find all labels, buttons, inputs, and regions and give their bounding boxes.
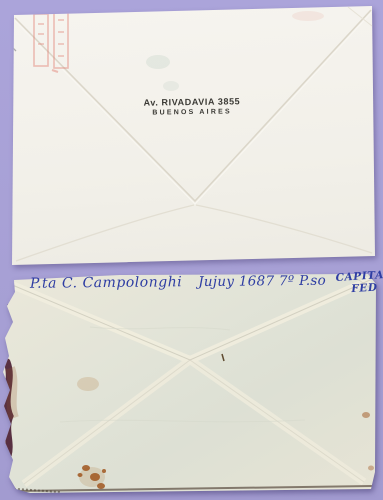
paper-tear [116,4,130,5]
paper-wrinkles [60,327,305,422]
green-smudge [163,81,179,91]
paper-tear [9,44,16,51]
paper-tear [26,5,46,8]
top-envelope-paper: Av. RIVADAVIA 3855 BUENOS AIRES [8,4,376,266]
photo-backdrop: Av. RIVADAVIA 3855 BUENOS AIRES [0,0,383,500]
top-envelope: Av. RIVADAVIA 3855 BUENOS AIRES [8,4,376,266]
rust-stain [77,377,99,391]
handwriting-street: Jujuy 1687 7º P.so [198,273,326,290]
top-envelope-detail [8,4,376,266]
handwriting-destination-line2: FED [351,282,378,296]
dark-stain-spot [1,296,8,305]
bottom-edge-shadow [18,486,372,491]
envelope-seam-edge [24,360,364,484]
meter-stamp-mark [34,10,68,72]
bottom-envelope [0,272,378,498]
envelope-seam-band [24,360,364,484]
green-smudge [146,55,170,69]
pink-smudge [292,11,324,21]
rust-stain [10,368,14,418]
handwriting-addressee: P.ta C. Campolonghi [30,274,182,292]
handwriting-destination: CAPITAL FED [335,269,383,297]
rust-spot [368,466,374,471]
envelope-seam-right [196,205,372,253]
handwritten-address: P.ta C. Campolonghi Jujuy 1687 7º P.so C… [30,272,375,298]
envelope-seam-left [16,205,194,261]
bottom-envelope-paper [0,272,378,498]
bottom-envelope-detail [0,272,378,498]
ink-tick [222,354,224,361]
rust-spot [362,412,370,418]
